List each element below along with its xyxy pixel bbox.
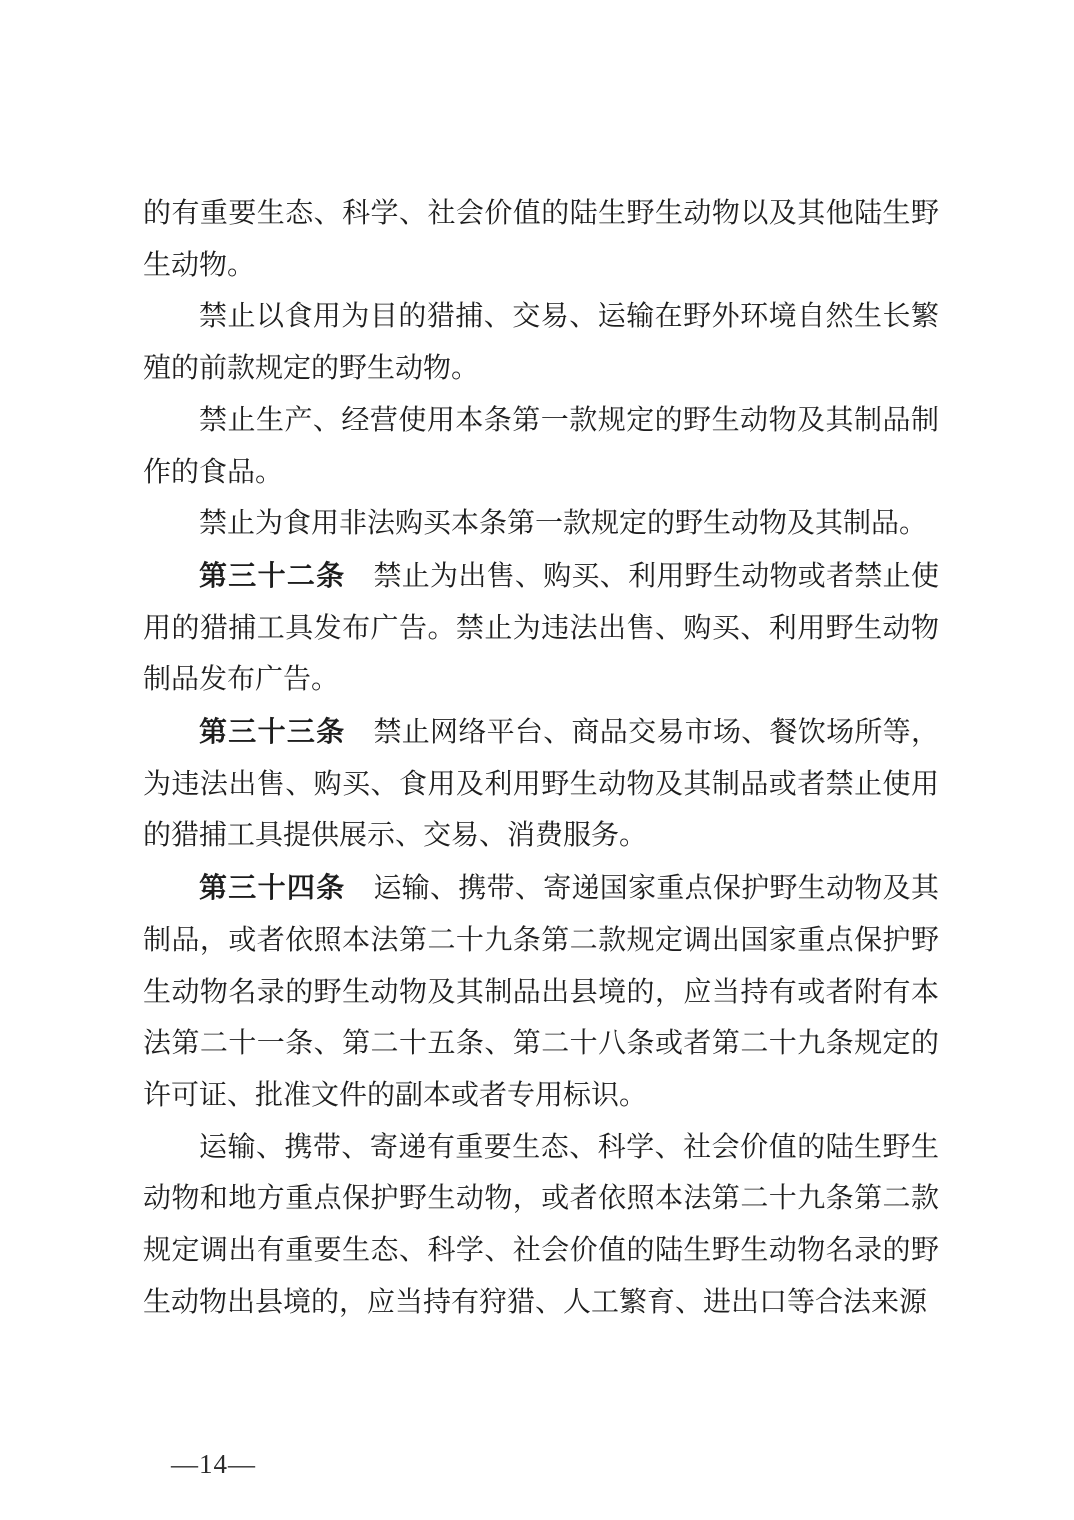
article-number-32: 第三十二条 [199,560,345,591]
page-number: —14— [171,1447,256,1481]
paragraph-clause: 运输、携带、寄递有重要生态、科学、社会价值的陆生野生动物和地方重点保护野生动物，… [143,1122,939,1329]
article-text-34: 运输、携带、寄递国家重点保护野生动物及其制品，或者依照本法第二十九条第二款规定调… [143,873,939,1111]
document-body: 的有重要生态、科学、社会价值的陆生野生动物以及其他陆生野生动物。 禁止以食用为目… [143,188,939,1328]
paragraph-continuation: 的有重要生态、科学、社会价值的陆生野生动物以及其他陆生野生动物。 [143,188,939,291]
paragraph-clause: 禁止为食用非法购买本条第一款规定的野生动物及其制品。 [143,498,939,550]
paragraph-article-34: 第三十四条运输、携带、寄递国家重点保护野生动物及其制品，或者依照本法第二十九条第… [143,862,939,1122]
paragraph-clause: 禁止生产、经营使用本条第一款规定的野生动物及其制品制作的食品。 [143,395,939,498]
article-number-33: 第三十三条 [199,716,345,747]
document-page: 的有重要生态、科学、社会价值的陆生野生动物以及其他陆生野生动物。 禁止以食用为目… [0,0,1074,1520]
paragraph-article-33: 第三十三条禁止网络平台、商品交易市场、餐饮场所等，为违法出售、购买、食用及利用野… [143,706,939,862]
article-number-34: 第三十四条 [199,872,345,903]
paragraph-clause: 禁止以食用为目的猎捕、交易、运输在野外环境自然生长繁殖的前款规定的野生动物。 [143,291,939,394]
paragraph-article-32: 第三十二条禁止为出售、购买、利用野生动物或者禁止使用的猎捕工具发布广告。禁止为违… [143,550,939,706]
